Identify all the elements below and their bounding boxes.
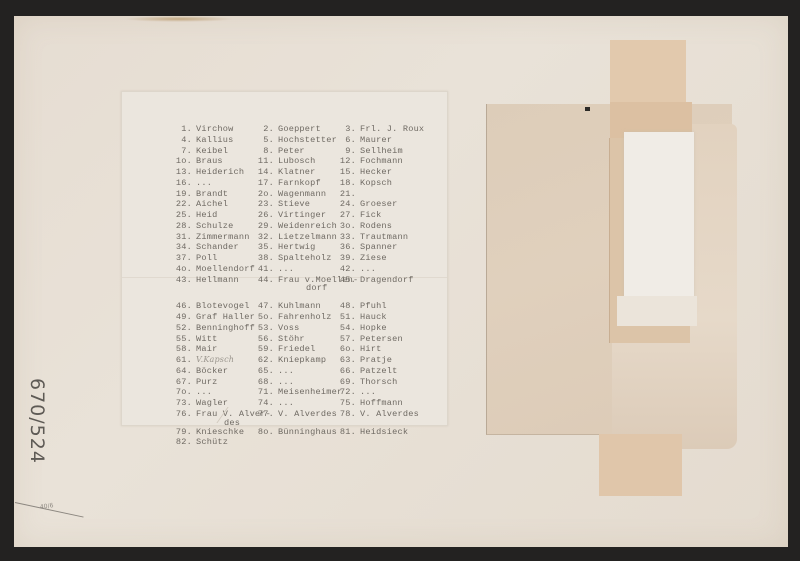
list-row: 61.V.Kapsch62.Kniepkamp63.Pratje bbox=[174, 355, 442, 366]
entry-number: 67. bbox=[174, 377, 192, 388]
white-paper-insert-lower bbox=[617, 296, 697, 326]
list-entry: 13.Heiderich bbox=[174, 167, 256, 178]
entry-number: 82. bbox=[174, 437, 192, 448]
entry-number: 16. bbox=[174, 178, 192, 189]
entry-number: 44. bbox=[256, 275, 274, 286]
list-row: 43.Hellmann44.Frau v.Moellen-dorf45.Drag… bbox=[174, 275, 442, 293]
list-entry: 74.... bbox=[256, 398, 338, 409]
entry-number: 78. bbox=[338, 409, 356, 420]
list-entry: 3.Frl. J. Roux bbox=[338, 124, 438, 135]
entry-name: Ziese bbox=[360, 253, 387, 263]
entry-name: Fahrenholz bbox=[278, 312, 332, 322]
list-entry: 16.... bbox=[174, 178, 256, 189]
list-row: 46.Blotevogel47.Kuhlmann48.Pfuhl bbox=[174, 301, 442, 312]
list-row: 34.Schander35.Hertwig36.Spanner bbox=[174, 242, 442, 253]
entry-number: 69. bbox=[338, 377, 356, 388]
entry-number: 64. bbox=[174, 366, 192, 377]
entry-number: 8o. bbox=[256, 427, 274, 438]
entry-name: Meisenheimer bbox=[278, 387, 342, 397]
list-entry: 38.Spalteholz bbox=[256, 253, 338, 264]
list-entry: 46.Blotevogel bbox=[174, 301, 256, 312]
entry-number: 7o. bbox=[174, 387, 192, 398]
entry-name: Pratje bbox=[360, 355, 392, 365]
list-entry: 34.Schander bbox=[174, 242, 256, 253]
entry-name: Peter bbox=[278, 146, 305, 156]
entry-name: ... bbox=[278, 398, 294, 408]
list-row: 7o....71.Meisenheimer72.... bbox=[174, 387, 442, 398]
entry-name: Stöhr bbox=[278, 334, 305, 344]
entry-name: Hauck bbox=[360, 312, 387, 322]
entry-name: Wagenmann bbox=[278, 189, 326, 199]
list-entry: 12.Fochmann bbox=[338, 156, 438, 167]
entry-name: Heiderich bbox=[196, 167, 244, 177]
list-row: 82.Schütz bbox=[174, 437, 442, 448]
entry-name: ... bbox=[278, 264, 294, 274]
entry-number: 32. bbox=[256, 232, 274, 243]
entry-name: Pfuhl bbox=[360, 301, 387, 311]
entry-name: Virtinger bbox=[278, 210, 326, 220]
entry-name: Hirt bbox=[360, 344, 381, 354]
list-entry: 1o.Braus bbox=[174, 156, 256, 167]
entry-number: 55. bbox=[174, 334, 192, 345]
entry-name: Maurer bbox=[360, 135, 392, 145]
entry-name: Frl. J. Roux bbox=[360, 124, 424, 134]
list-row: 31.Zimmermann32.Lietzelmann33.Trautmann bbox=[174, 232, 442, 243]
entry-number: 38. bbox=[256, 253, 274, 264]
entry-name: Kniepkamp bbox=[278, 355, 326, 365]
list-entry: 27.Fick bbox=[338, 210, 438, 221]
entry-number: 8. bbox=[256, 146, 274, 157]
list-entry: 14.Klatner bbox=[256, 167, 338, 178]
list-entry: 64.Böcker bbox=[174, 366, 256, 377]
entry-number: 21. bbox=[338, 189, 356, 200]
entry-name: Poll bbox=[196, 253, 217, 263]
list-entry: 37.Poll bbox=[174, 253, 256, 264]
entry-name: Knieschke bbox=[196, 427, 244, 437]
entry-number: 6o. bbox=[338, 344, 356, 355]
entry-number: 28. bbox=[174, 221, 192, 232]
entry-number: 4. bbox=[174, 135, 192, 146]
list-entry: 1.Virchow bbox=[174, 124, 256, 135]
entry-number: 61. bbox=[174, 355, 192, 366]
list-entry: 8o.Bünninghaus bbox=[256, 427, 338, 438]
list-entry: 41.... bbox=[256, 264, 338, 275]
list-entry: 79.Knieschke bbox=[174, 427, 256, 438]
entry-name: Lietzelmann bbox=[278, 232, 337, 242]
list-entry: 39.Ziese bbox=[338, 253, 438, 264]
list-row: 55.Witt56.Stöhr57.Petersen bbox=[174, 334, 442, 345]
entry-name: Witt bbox=[196, 334, 217, 344]
entry-name: V. Alverdes bbox=[360, 409, 419, 419]
list-entry: 36.Spanner bbox=[338, 242, 438, 253]
list-row: 58.Mair59.Friedel6o.Hirt bbox=[174, 344, 442, 355]
list-entry: 45.Dragendorf bbox=[338, 275, 438, 293]
entry-name: Bünninghaus bbox=[278, 427, 337, 437]
entry-name: Hopke bbox=[360, 323, 387, 333]
list-entry: 82.Schütz bbox=[174, 437, 256, 448]
entry-number: 57. bbox=[338, 334, 356, 345]
list-entry: 2.Goeppert bbox=[256, 124, 338, 135]
list-entry: 24.Groeser bbox=[338, 199, 438, 210]
entry-number: 35. bbox=[256, 242, 274, 253]
list-row: 1.Virchow2.Goeppert3.Frl. J. Roux bbox=[174, 124, 442, 135]
entry-name-continuation: dorf bbox=[256, 285, 338, 292]
list-row: 22.Aichel23.Stieve24.Groeser bbox=[174, 199, 442, 210]
entry-number: 52. bbox=[174, 323, 192, 334]
entry-number: 4o. bbox=[174, 264, 192, 275]
entry-number: 33. bbox=[338, 232, 356, 243]
entry-number: 13. bbox=[174, 167, 192, 178]
entry-name: ... bbox=[278, 377, 294, 387]
list-row: 16....17.Farnkopf18.Kopsch bbox=[174, 178, 442, 189]
entry-name: Schander bbox=[196, 242, 239, 252]
entry-number: 24. bbox=[338, 199, 356, 210]
list-entry: 65.... bbox=[256, 366, 338, 377]
entry-number: 66. bbox=[338, 366, 356, 377]
entry-name: Hecker bbox=[360, 167, 392, 177]
list-entry: 71.Meisenheimer bbox=[256, 387, 338, 398]
entry-number: 14. bbox=[256, 167, 274, 178]
list-entry: 3o.Rodens bbox=[338, 221, 438, 232]
entry-number: 39. bbox=[338, 253, 356, 264]
list-entry: 18.Kopsch bbox=[338, 178, 438, 189]
list-entry: 57.Petersen bbox=[338, 334, 438, 345]
list-entry: 7.Keibel bbox=[174, 146, 256, 157]
list-entry: 53.Voss bbox=[256, 323, 338, 334]
list-entry: 35.Hertwig bbox=[256, 242, 338, 253]
entry-name: Virchow bbox=[196, 124, 234, 134]
list-entry: 69.Thorsch bbox=[338, 377, 438, 388]
list-entry: 59.Friedel bbox=[256, 344, 338, 355]
list-row: 13.Heiderich14.Klatner15.Hecker bbox=[174, 167, 442, 178]
entry-number: 74. bbox=[256, 398, 274, 409]
entry-name: Voss bbox=[278, 323, 299, 333]
entry-name: Fick bbox=[360, 210, 381, 220]
entry-number: 29. bbox=[256, 221, 274, 232]
list-entry: 29.Weidenreich bbox=[256, 221, 338, 232]
entry-name: Blotevogel bbox=[196, 301, 250, 311]
entry-number: 58. bbox=[174, 344, 192, 355]
list-row: 28.Schulze29.Weidenreich3o.Rodens bbox=[174, 221, 442, 232]
entry-number: 11. bbox=[256, 156, 274, 167]
entry-name: Kallius bbox=[196, 135, 234, 145]
list-entry: 22.Aichel bbox=[174, 199, 256, 210]
entry-name: Rodens bbox=[360, 221, 392, 231]
list-row: 19.Brandt2o.Wagenmann21. bbox=[174, 189, 442, 200]
name-list: 1.Virchow2.Goeppert3.Frl. J. Roux4.Kalli… bbox=[174, 124, 442, 448]
list-entry: 67.Purz bbox=[174, 377, 256, 388]
entry-name: Benninghoff bbox=[196, 323, 255, 333]
list-entry: 48.Pfuhl bbox=[338, 301, 438, 312]
list-entry: 66.Patzelt bbox=[338, 366, 438, 377]
list-entry: 51.Hauck bbox=[338, 312, 438, 323]
entry-number: 26. bbox=[256, 210, 274, 221]
list-entry: 54.Hopke bbox=[338, 323, 438, 334]
list-entry: 6.Maurer bbox=[338, 135, 438, 146]
entry-number: 7. bbox=[174, 146, 192, 157]
entry-number: 1. bbox=[174, 124, 192, 135]
list-entry: 72.... bbox=[338, 387, 438, 398]
list-row: 79.Knieschke8o.Bünninghaus81.Heidsieck bbox=[174, 427, 442, 438]
entry-number: 15. bbox=[338, 167, 356, 178]
entry-name: Schütz bbox=[196, 437, 228, 447]
entry-number: 73. bbox=[174, 398, 192, 409]
list-entry: 63.Pratje bbox=[338, 355, 438, 366]
list-entry: 62.Kniepkamp bbox=[256, 355, 338, 366]
list-row: 67.Purz68....69.Thorsch bbox=[174, 377, 442, 388]
entry-number: 5. bbox=[256, 135, 274, 146]
entry-name: Keibel bbox=[196, 146, 228, 156]
entry-number: 76. bbox=[174, 409, 192, 420]
entry-name: Dragendorf bbox=[360, 275, 414, 285]
entry-name: Friedel bbox=[278, 344, 316, 354]
entry-number: 17. bbox=[256, 178, 274, 189]
entry-name: Zimmermann bbox=[196, 232, 250, 242]
list-row: 37.Poll38.Spalteholz39.Ziese bbox=[174, 253, 442, 264]
list-row: 76.Frau V. Alver-des77.V. Alverdes78.V. … bbox=[174, 409, 442, 427]
entry-number: 79. bbox=[174, 427, 192, 438]
white-paper-insert bbox=[624, 132, 694, 312]
list-row: 49.Graf Haller5o.Fahrenholz51.Hauck bbox=[174, 312, 442, 323]
entry-name: ... bbox=[196, 178, 212, 188]
entry-number: 71. bbox=[256, 387, 274, 398]
entry-number: 41. bbox=[256, 264, 274, 275]
entry-name: Kopsch bbox=[360, 178, 392, 188]
list-row: 52.Benninghoff53.Voss54.Hopke bbox=[174, 323, 442, 334]
list-entry: 7o.... bbox=[174, 387, 256, 398]
entry-name: Heid bbox=[196, 210, 217, 220]
entry-name: V.Kapsch bbox=[196, 355, 234, 364]
entry-number: 9. bbox=[338, 146, 356, 157]
list-entry: 2o.Wagenmann bbox=[256, 189, 338, 200]
entry-number: 5o. bbox=[256, 312, 274, 323]
catalog-number: 670/524 bbox=[26, 378, 48, 464]
entry-number: 47. bbox=[256, 301, 274, 312]
list-entry: 58.Mair bbox=[174, 344, 256, 355]
entry-name: Kuhlmann bbox=[278, 301, 321, 311]
entry-number: 25. bbox=[174, 210, 192, 221]
entry-name: Fochmann bbox=[360, 156, 403, 166]
entry-number: 1o. bbox=[174, 156, 192, 167]
list-entry: 31.Zimmermann bbox=[174, 232, 256, 243]
entry-name: Klatner bbox=[278, 167, 316, 177]
entry-name: Patzelt bbox=[360, 366, 398, 376]
entry-number: 53. bbox=[256, 323, 274, 334]
entry-name: Weidenreich bbox=[278, 221, 337, 231]
list-entry: 11.Lubosch bbox=[256, 156, 338, 167]
list-entry: 19.Brandt bbox=[174, 189, 256, 200]
list-row: 4o.Moellendorf41....42.... bbox=[174, 264, 442, 275]
entry-number: 18. bbox=[338, 178, 356, 189]
entry-name: Spanner bbox=[360, 242, 398, 252]
entry-name: Hellmann bbox=[196, 275, 239, 285]
list-entry: 81.Heidsieck bbox=[338, 427, 438, 438]
entry-number: 72. bbox=[338, 387, 356, 398]
entry-name: Farnkopf bbox=[278, 178, 321, 188]
entry-number: 45. bbox=[338, 275, 356, 286]
list-entry: 23.Stieve bbox=[256, 199, 338, 210]
list-row: 4.Kallius5.Hochstetter6.Maurer bbox=[174, 135, 442, 146]
entry-name: Purz bbox=[196, 377, 217, 387]
list-entry: 55.Witt bbox=[174, 334, 256, 345]
list-entry: 15.Hecker bbox=[338, 167, 438, 178]
entry-number: 3o. bbox=[338, 221, 356, 232]
entry-number: 23. bbox=[256, 199, 274, 210]
entry-name: Petersen bbox=[360, 334, 403, 344]
entry-number: 77. bbox=[256, 409, 274, 420]
entry-number: 63. bbox=[338, 355, 356, 366]
list-entry: 9.Sellheim bbox=[338, 146, 438, 157]
list-entry: 28.Schulze bbox=[174, 221, 256, 232]
entry-name: Heidsieck bbox=[360, 427, 408, 437]
entry-number: 75. bbox=[338, 398, 356, 409]
list-entry: 21. bbox=[338, 189, 438, 200]
list-entry: 49.Graf Haller bbox=[174, 312, 256, 323]
list-row: 73.Wagler74....75.Hoffmann bbox=[174, 398, 442, 409]
list-entry: 32.Lietzelmann bbox=[256, 232, 338, 243]
entry-number: 22. bbox=[174, 199, 192, 210]
entry-name: Lubosch bbox=[278, 156, 316, 166]
entry-name: Groeser bbox=[360, 199, 398, 209]
entry-name: Schulze bbox=[196, 221, 234, 231]
list-entry: 26.Virtinger bbox=[256, 210, 338, 221]
entry-name: Moellendorf bbox=[196, 264, 255, 274]
entry-name: Hoffmann bbox=[360, 398, 403, 408]
entry-number: 2o. bbox=[256, 189, 274, 200]
entry-number: 46. bbox=[174, 301, 192, 312]
entry-name: ... bbox=[360, 264, 376, 274]
list-entry: 68.... bbox=[256, 377, 338, 388]
ink-mark bbox=[585, 107, 590, 111]
entry-number: 56. bbox=[256, 334, 274, 345]
entry-number: 6. bbox=[338, 135, 356, 146]
entry-number: 27. bbox=[338, 210, 356, 221]
entry-number: 59. bbox=[256, 344, 274, 355]
entry-name: Sellheim bbox=[360, 146, 403, 156]
entry-number: 19. bbox=[174, 189, 192, 200]
entry-number: 81. bbox=[338, 427, 356, 438]
list-entry: 78.V. Alverdes bbox=[338, 409, 438, 427]
entry-number: 2. bbox=[256, 124, 274, 135]
entry-number: 31. bbox=[174, 232, 192, 243]
list-entry: 56.Stöhr bbox=[256, 334, 338, 345]
list-entry: 42.... bbox=[338, 264, 438, 275]
entry-number: 54. bbox=[338, 323, 356, 334]
list-entry: 5o.Fahrenholz bbox=[256, 312, 338, 323]
entry-number: 36. bbox=[338, 242, 356, 253]
entry-name: V. Alverdes bbox=[278, 409, 337, 419]
tape-strip-bottom bbox=[599, 434, 682, 496]
entry-name: Böcker bbox=[196, 366, 228, 376]
entry-name: ... bbox=[196, 387, 212, 397]
list-entry: 8.Peter bbox=[256, 146, 338, 157]
entry-name: Hertwig bbox=[278, 242, 316, 252]
entry-number: 62. bbox=[256, 355, 274, 366]
entry-name: Trautmann bbox=[360, 232, 408, 242]
list-row: 64.Böcker65....66.Patzelt bbox=[174, 366, 442, 377]
list-entry: 4.Kallius bbox=[174, 135, 256, 146]
entry-number: 49. bbox=[174, 312, 192, 323]
entry-name: Mair bbox=[196, 344, 217, 354]
list-entry: 47.Kuhlmann bbox=[256, 301, 338, 312]
list-entry: 33.Trautmann bbox=[338, 232, 438, 243]
stain bbox=[124, 16, 234, 22]
entry-name: Stieve bbox=[278, 199, 310, 209]
entry-name: Wagler bbox=[196, 398, 228, 408]
entry-name: ... bbox=[278, 366, 294, 376]
entry-number: 3. bbox=[338, 124, 356, 135]
list-row: 25.Heid26.Virtinger27.Fick bbox=[174, 210, 442, 221]
entry-name: Aichel bbox=[196, 199, 228, 209]
list-entry: 6o.Hirt bbox=[338, 344, 438, 355]
entry-name: Hochstetter bbox=[278, 135, 337, 145]
list-entry: 61.V.Kapsch bbox=[174, 355, 256, 366]
entry-number: 43. bbox=[174, 275, 192, 286]
list-entry: 44.Frau v.Moellen-dorf bbox=[256, 275, 338, 293]
entry-name: Brandt bbox=[196, 189, 228, 199]
entry-name: Thorsch bbox=[360, 377, 398, 387]
entry-number: 34. bbox=[174, 242, 192, 253]
list-entry: 17.Farnkopf bbox=[256, 178, 338, 189]
list-entry: 75.Hoffmann bbox=[338, 398, 438, 409]
list-entry: 5.Hochstetter bbox=[256, 135, 338, 146]
list-entry: 43.Hellmann bbox=[174, 275, 256, 293]
list-entry: 4o.Moellendorf bbox=[174, 264, 256, 275]
tape-strip-top bbox=[610, 40, 686, 102]
entry-number: 65. bbox=[256, 366, 274, 377]
typed-list-sheet: 1.Virchow2.Goeppert3.Frl. J. Roux4.Kalli… bbox=[121, 91, 448, 426]
entry-number: 12. bbox=[338, 156, 356, 167]
entry-number: 37. bbox=[174, 253, 192, 264]
entry-number: 51. bbox=[338, 312, 356, 323]
list-row: 1o.Braus11.Lubosch12.Fochmann bbox=[174, 156, 442, 167]
entry-name: Spalteholz bbox=[278, 253, 332, 263]
entry-number: 68. bbox=[256, 377, 274, 388]
entry-name: Goeppert bbox=[278, 124, 321, 134]
list-entry: 25.Heid bbox=[174, 210, 256, 221]
list-entry: 77.V. Alverdes bbox=[256, 409, 338, 427]
list-row: 7.Keibel8.Peter9.Sellheim bbox=[174, 146, 442, 157]
entry-name: Graf Haller bbox=[196, 312, 255, 322]
entry-name: Braus bbox=[196, 156, 223, 166]
entry-number: 48. bbox=[338, 301, 356, 312]
list-entry: 52.Benninghoff bbox=[174, 323, 256, 334]
entry-name: ... bbox=[360, 387, 376, 397]
entry-number: 42. bbox=[338, 264, 356, 275]
